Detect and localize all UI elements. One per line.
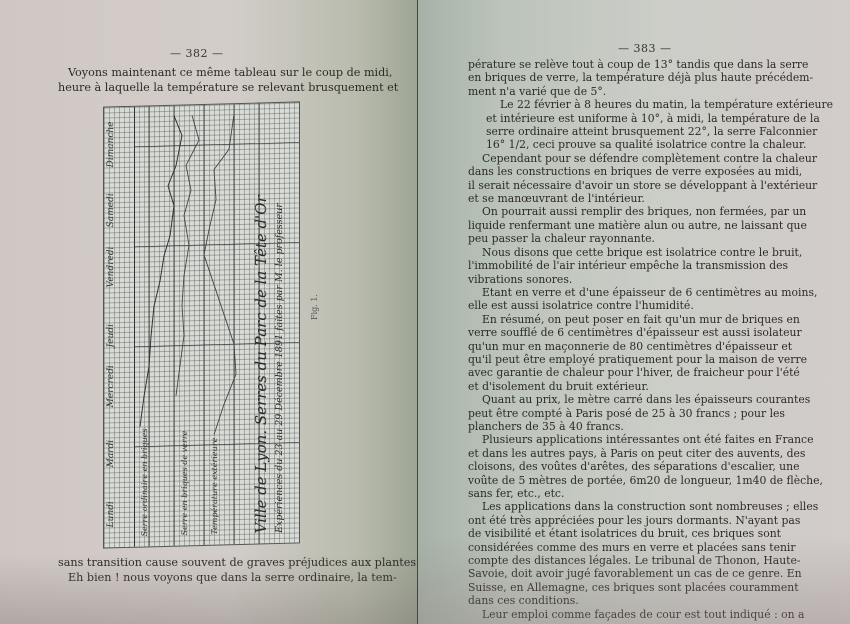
- figure-caption-subtitle: Expériences du 23 au 29 Décembre 1891 fa…: [274, 203, 285, 533]
- text-line: sans transition cause souvent de graves …: [58, 556, 358, 571]
- series-label: Température extérieure: [210, 438, 219, 535]
- left-page: — 382 — Voyons maintenant ce même tablea…: [0, 0, 418, 624]
- text-line: vibrations sonores.: [468, 273, 788, 286]
- text-line: sans fer, etc., etc.: [468, 487, 788, 500]
- text-line: Savoie, doit avoir jugé favorablement un…: [468, 567, 788, 580]
- text-line: Cependant pour se défendre complètement …: [468, 152, 788, 165]
- text-line: Nous disons que cette brique est isolatr…: [468, 246, 788, 259]
- text-line: 16° 1/2, ceci prouve sa qualité isolatri…: [468, 138, 788, 151]
- paragraph: Leur emploi comme façades de cour est to…: [468, 608, 788, 621]
- text-line: et d'isolement du bruit extérieur.: [468, 380, 788, 393]
- text-line: Les applications dans la construction so…: [468, 500, 788, 513]
- text-line: Eh bien ! nous voyons que dans la serre …: [58, 571, 358, 586]
- text-line: dans les constructions en briques de ver…: [468, 165, 788, 178]
- text-line: l'immobilité de l'air intérieur empêche …: [468, 259, 788, 272]
- series-label: Serre en briques de verre: [180, 431, 189, 536]
- text-line: peu passer la chaleur rayonnante.: [468, 232, 788, 245]
- text-line: planchers de 35 à 40 francs.: [468, 420, 788, 433]
- paragraph: On pourrait aussi remplir des briques, n…: [468, 205, 788, 245]
- paragraph: Quant au prix, le mètre carré dans les é…: [468, 393, 788, 433]
- text-line: qu'un mur en maçonnerie de 80 centimètre…: [468, 340, 788, 353]
- text-line: Suisse, en Allemagne, ces briques sont p…: [468, 581, 788, 594]
- paragraph: Cependant pour se défendre complètement …: [468, 152, 788, 206]
- text-line: avec garantie de chaleur pour l'hiver, d…: [468, 366, 788, 379]
- paragraph: Plusieurs applications intéressantes ont…: [468, 433, 788, 500]
- paragraph: Nous disons que cette brique est isolatr…: [468, 246, 788, 286]
- text-line: peut être compté à Paris posé de 25 à 30…: [468, 407, 788, 420]
- text-line: En résumé, on peut poser en fait qu'un m…: [468, 313, 788, 326]
- left-bottom-text: sans transition cause souvent de graves …: [58, 556, 358, 585]
- figure-label: Fig. 1.: [310, 294, 319, 320]
- text-line: Leur emploi comme façades de cour est to…: [468, 608, 788, 621]
- text-line: de visibilité et étant isolatrices du br…: [468, 527, 788, 540]
- text-line: Quant au prix, le mètre carré dans les é…: [468, 393, 788, 406]
- text-line: verre soufflé de 6 centimètres d'épaisse…: [468, 326, 788, 339]
- figure-caption-title: Ville de Lyon. Serres du Parc de la Tête…: [252, 195, 270, 534]
- text-line: il serait nécessaire d'avoir un store se…: [468, 179, 788, 192]
- page-number-left: — 382 —: [170, 47, 224, 60]
- left-top-text: Voyons maintenant ce même tableau sur le…: [58, 66, 348, 95]
- paragraph: Etant en verre et d'une épaisseur de 6 c…: [468, 286, 788, 313]
- text-line: Plusieurs applications intéressantes ont…: [468, 433, 788, 446]
- text-line: et se manœuvrant de l'intérieur.: [468, 192, 788, 205]
- temperature-chart-figure: Dimanche Samedi Vendredi Jeudi Mercredi …: [103, 101, 300, 548]
- text-line: compte des distances légales. Le tribuna…: [468, 554, 788, 567]
- text-line: elle est aussi isolatrice contre l'humid…: [468, 299, 788, 312]
- page-number-right: — 383 —: [618, 42, 672, 55]
- paragraph: Les applications dans la construction so…: [468, 500, 788, 607]
- text-line: On pourrait aussi remplir des briques, n…: [468, 205, 788, 218]
- text-line: pérature se relève tout à coup de 13° ta…: [468, 58, 788, 71]
- text-line: ont été très appréciées pour les jours d…: [468, 514, 788, 527]
- text-line: Voyons maintenant ce même tableau sur le…: [58, 66, 348, 81]
- paragraph: pérature se relève tout à coup de 13° ta…: [468, 58, 788, 98]
- text-line: ment n'a varié que de 5°.: [468, 85, 788, 98]
- right-page: — 383 — pérature se relève tout à coup d…: [418, 0, 850, 624]
- text-line: Le 22 février à 8 heures du matin, la te…: [468, 98, 788, 111]
- text-line: qu'il peut être employé pratiquement pou…: [468, 353, 788, 366]
- text-line: liquide renfermant une matière alun ou a…: [468, 219, 788, 232]
- text-line: et intérieure est uniforme à 10°, à midi…: [468, 112, 788, 125]
- text-line: Etant en verre et d'une épaisseur de 6 c…: [468, 286, 788, 299]
- series-label: Serre ordinaire en briques: [140, 428, 149, 536]
- right-body-text: pérature se relève tout à coup de 13° ta…: [468, 58, 788, 621]
- text-line: et dans les autres pays, à Paris on peut…: [468, 447, 788, 460]
- paragraph: Le 22 février à 8 heures du matin, la te…: [468, 98, 788, 152]
- text-line: voûte de 5 mètres de portée, 6m20 de lon…: [468, 474, 788, 487]
- text-line: en briques de verre, la température déjà…: [468, 71, 788, 84]
- text-line: serre ordinaire atteint brusquement 22°,…: [468, 125, 788, 138]
- text-line: dans ces conditions.: [468, 594, 788, 607]
- paragraph: En résumé, on peut poser en fait qu'un m…: [468, 313, 788, 393]
- text-line: cloisons, des voûtes d'arêtes, des sépar…: [468, 460, 788, 473]
- text-line: heure à laquelle la température se relev…: [58, 81, 348, 96]
- text-line: considérées comme des murs en verre et p…: [468, 541, 788, 554]
